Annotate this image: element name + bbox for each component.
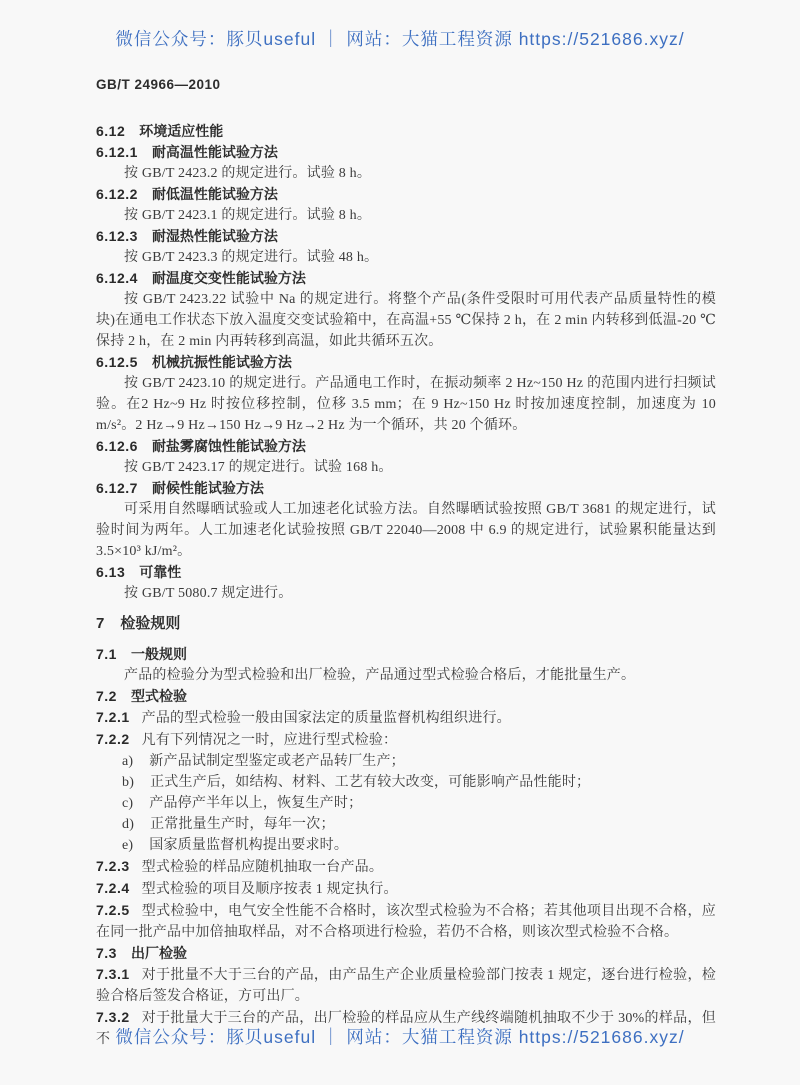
clause-number: 7.3.1 (96, 966, 130, 982)
list-text: 产品停产半年以上，恢复生产时； (149, 796, 362, 811)
list-marker: d) (122, 817, 134, 832)
clause-number: 6.12.3 (96, 228, 138, 244)
heading-6-12-1: 6.12.1耐高温性能试验方法 (96, 142, 716, 163)
paragraph-6-12-7: 可采用自然曝晒试验或人工加速老化试验方法。自然曝晒试验按照 GB/T 3681 … (96, 499, 716, 562)
heading-6-12-4: 6.12.4耐温度交变性能试验方法 (96, 268, 716, 289)
clause-text: 凡有下列情况之一时，应进行型式检验： (142, 733, 398, 748)
paragraph-6-12-4: 按 GB/T 2423.22 试验中 Na 的规定进行。将整个产品(条件受限时可… (96, 289, 716, 352)
paragraph-7-1: 产品的检验分为型式检验和出厂检验，产品通过型式检验合格后，才能批量生产。 (96, 665, 716, 686)
list-marker: c) (122, 796, 133, 811)
paragraph-6-12-3: 按 GB/T 2423.3 的规定进行。试验 48 h。 (96, 247, 716, 268)
list-item-a: a)新产品试制定型鉴定或老产品转厂生产； (96, 751, 716, 772)
clause-title: 可靠性 (139, 564, 181, 580)
clause-title: 耐温度交变性能试验方法 (152, 270, 306, 286)
clause-number: 7.3.2 (96, 1009, 130, 1025)
heading-7-3: 7.3出厂检验 (96, 943, 716, 964)
paragraph-6-12-1: 按 GB/T 2423.2 的规定进行。试验 8 h。 (96, 163, 716, 184)
clause-number: 6.12.5 (96, 354, 138, 370)
heading-7-1: 7.1一般规则 (96, 644, 716, 665)
list-text: 国家质量监督机构提出要求时。 (149, 838, 348, 853)
clause-number: 6.12.6 (96, 438, 138, 454)
clause-title: 检验规则 (120, 615, 180, 632)
watermark-top: 微信公众号：豚贝useful ｜ 网站：大猫工程资源 https://52168… (0, 26, 800, 51)
clause-title: 出厂检验 (131, 945, 187, 961)
list-text: 正式生产后，如结构、材料、工艺有较大改变，可能影响产品性能时； (150, 775, 590, 790)
clause-7-2-1: 7.2.1产品的型式检验一般由国家法定的质量监督机构组织进行。 (96, 707, 716, 729)
paragraph-6-12-5: 按 GB/T 2423.10 的规定进行。产品通电工作时，在振动频率 2 Hz~… (96, 373, 716, 436)
list-item-b: b)正式生产后，如结构、材料、工艺有较大改变，可能影响产品性能时； (96, 772, 716, 793)
heading-7-2: 7.2型式检验 (96, 686, 716, 707)
document-body: GB/T 24966—2010 6.12环境适应性能 6.12.1耐高温性能试验… (96, 74, 716, 1050)
clause-title: 环境适应性能 (139, 123, 223, 139)
heading-6-12: 6.12环境适应性能 (96, 121, 716, 142)
scanned-standard-page: { "page": { "bg_color": "#f8f8f8", "text… (0, 0, 800, 1085)
paragraph-6-13: 按 GB/T 5080.7 规定进行。 (96, 583, 716, 604)
list-text: 正常批量生产时，每年一次； (150, 817, 335, 832)
clause-number: 7.2 (96, 688, 117, 704)
list-item-e: e)国家质量监督机构提出要求时。 (96, 835, 716, 856)
clause-7-3-1: 7.3.1对于批量不大于三台的产品，由产品生产企业质量检验部门按表 1 规定，逐… (96, 964, 716, 1007)
clause-number: 7.2.4 (96, 880, 130, 896)
list-item-d: d)正常批量生产时，每年一次； (96, 814, 716, 835)
heading-6-13: 6.13可靠性 (96, 562, 716, 583)
clause-title: 一般规则 (131, 646, 187, 662)
clause-number: 6.12 (96, 123, 125, 139)
heading-chapter-7: 7检验规则 (96, 613, 716, 635)
heading-6-12-5: 6.12.5机械抗振性能试验方法 (96, 352, 716, 373)
list-item-c: c)产品停产半年以上，恢复生产时； (96, 793, 716, 814)
clause-number: 6.12.4 (96, 270, 138, 286)
list-marker: b) (122, 775, 134, 790)
clause-title: 耐低温性能试验方法 (152, 186, 278, 202)
clause-title: 耐盐雾腐蚀性能试验方法 (152, 438, 306, 454)
clause-title: 型式检验 (131, 688, 187, 704)
clause-title: 耐湿热性能试验方法 (152, 228, 278, 244)
clause-7-2-2: 7.2.2凡有下列情况之一时，应进行型式检验： (96, 729, 716, 751)
clause-text: 产品的型式检验一般由国家法定的质量监督机构组织进行。 (142, 711, 511, 726)
clause-number: 7.3 (96, 945, 117, 961)
clause-number: 6.13 (96, 564, 125, 580)
clause-number: 6.12.1 (96, 144, 138, 160)
clause-7-2-4: 7.2.4型式检验的项目及顺序按表 1 规定执行。 (96, 878, 716, 900)
watermark-bottom: 微信公众号：豚贝useful ｜ 网站：大猫工程资源 https://52168… (0, 1024, 800, 1049)
list-marker: e) (122, 838, 133, 853)
clause-number: 7.2.2 (96, 731, 130, 747)
clause-text: 型式检验中，电气安全性能不合格时，该次型式检验为不合格；若其他项目出现不合格，应… (96, 904, 716, 940)
heading-6-12-2: 6.12.2耐低温性能试验方法 (96, 184, 716, 205)
clause-number: 6.12.2 (96, 186, 138, 202)
clause-text: 型式检验的项目及顺序按表 1 规定执行。 (142, 882, 398, 897)
clause-text: 对于批量不大于三台的产品，由产品生产企业质量检验部门按表 1 规定，逐台进行检验… (96, 968, 716, 1004)
list-marker: a) (122, 754, 133, 769)
clause-7-2-3: 7.2.3型式检验的样品应随机抽取一台产品。 (96, 856, 716, 878)
heading-6-12-7: 6.12.7耐候性能试验方法 (96, 478, 716, 499)
clause-title: 耐高温性能试验方法 (152, 144, 278, 160)
clause-number: 7.2.3 (96, 858, 130, 874)
list-text: 新产品试制定型鉴定或老产品转厂生产； (149, 754, 405, 769)
clause-number: 7 (96, 615, 104, 632)
clause-number: 7.2.1 (96, 709, 130, 725)
paragraph-6-12-6: 按 GB/T 2423.17 的规定进行。试验 168 h。 (96, 457, 716, 478)
heading-6-12-6: 6.12.6耐盐雾腐蚀性能试验方法 (96, 436, 716, 457)
clause-text: 型式检验的样品应随机抽取一台产品。 (142, 860, 383, 875)
heading-6-12-3: 6.12.3耐湿热性能试验方法 (96, 226, 716, 247)
clause-7-2-5: 7.2.5型式检验中，电气安全性能不合格时，该次型式检验为不合格；若其他项目出现… (96, 900, 716, 943)
paragraph-6-12-2: 按 GB/T 2423.1 的规定进行。试验 8 h。 (96, 205, 716, 226)
clause-number: 6.12.7 (96, 480, 138, 496)
clause-title: 机械抗振性能试验方法 (152, 354, 292, 370)
clause-title: 耐候性能试验方法 (152, 480, 264, 496)
standard-code: GB/T 24966—2010 (96, 74, 716, 95)
clause-number: 7.2.5 (96, 902, 130, 918)
clause-number: 7.1 (96, 646, 117, 662)
